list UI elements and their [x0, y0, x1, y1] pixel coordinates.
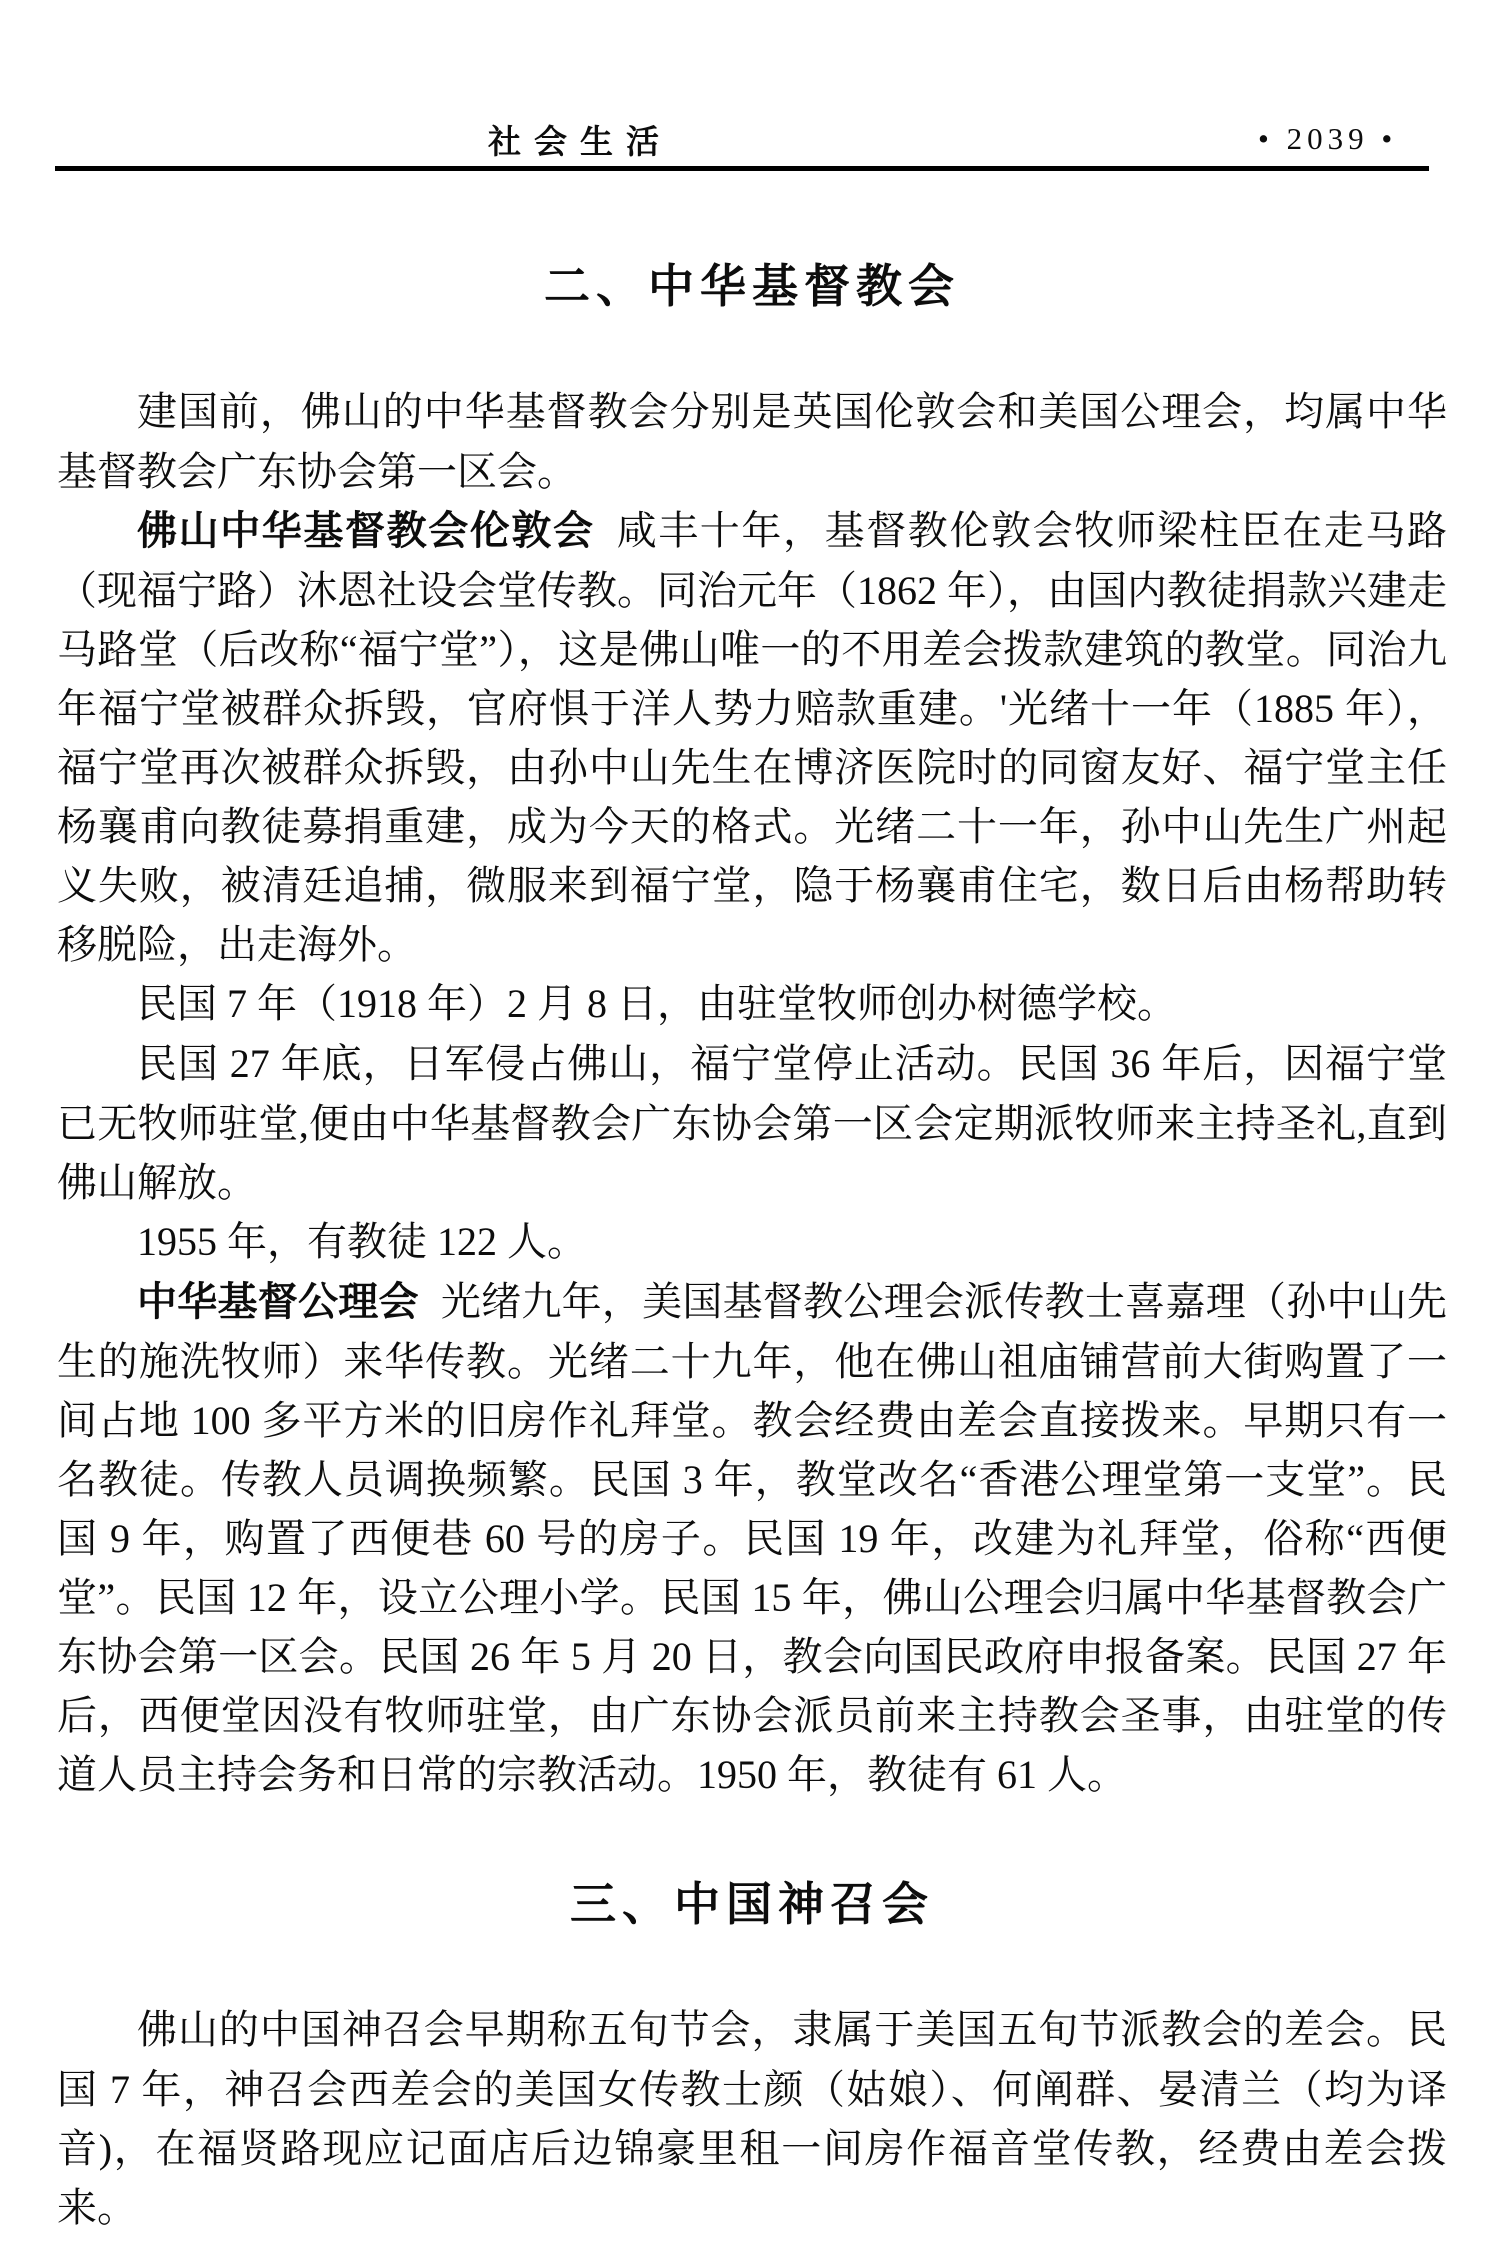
paragraph-text: 光绪九年，美国基督教公理会派传教士喜嘉理（孙中山先生的施洗牧师）来华传教。光绪二…: [57, 1279, 1447, 1797]
paragraph-text: 民国 27 年底，日军侵占佛山，福宁堂停止活动。民国 36 年后，因福宁堂已无牧…: [57, 1041, 1447, 1205]
text-block: 二、中华基督教会 建国前，佛山的中华基督教会分别是英国伦敦会和美国公理会，均属中…: [57, 0, 1447, 2237]
paragraph-lead: 佛山中华基督教会伦敦会: [137, 509, 595, 553]
paragraph: 1955 年，有教徒 122 人。: [57, 1212, 1447, 1272]
paragraph: 佛山中华基督教会伦敦会咸丰十年，基督教伦敦会牧师梁柱臣在走马路（现福宁路）沐恩社…: [57, 501, 1447, 974]
paragraph-lead: 中华基督公理会: [137, 1280, 419, 1324]
paragraph: 佛山的中国神召会早期称五旬节会，隶属于美国五旬节派教会的差会。民国 7 年，神召…: [57, 2000, 1447, 2237]
paragraph: 中华基督公理会光绪九年，美国基督教公理会派传教士喜嘉理（孙中山先生的施洗牧师）来…: [57, 1272, 1447, 1804]
paragraph-text: 咸丰十年，基督教伦敦会牧师梁柱臣在走马路（现福宁路）沐恩社设会堂传教。同治元年（…: [57, 508, 1447, 967]
paragraph: 建国前，佛山的中华基督教会分别是英国伦敦会和美国公理会，均属中华基督教会广东协会…: [57, 382, 1447, 501]
section-title-zhongguo-shenzhaohui: 三、中国神召会: [57, 1878, 1447, 1930]
paragraph-text: 佛山的中国神召会早期称五旬节会，隶属于美国五旬节派教会的差会。民国 7 年，神召…: [57, 2007, 1447, 2230]
paragraph: 民国 7 年（1918 年）2 月 8 日，由驻堂牧师创办树德学校。: [57, 974, 1447, 1034]
paragraph-text: 建国前，佛山的中华基督教会分别是英国伦敦会和美国公理会，均属中华基督教会广东协会…: [57, 389, 1447, 494]
section-title-zhonghua-jidu-jiaohui: 二、中华基督教会: [57, 260, 1447, 312]
paragraph: 民国 27 年底，日军侵占佛山，福宁堂停止活动。民国 36 年后，因福宁堂已无牧…: [57, 1034, 1447, 1212]
paragraph-text: 1955 年，有教徒 122 人。: [137, 1219, 587, 1264]
document-page: { "header": { "running_title": "社会生活", "…: [0, 0, 1500, 2255]
paragraph-text: 民国 7 年（1918 年）2 月 8 日，由驻堂牧师创办树德学校。: [137, 981, 1177, 1026]
